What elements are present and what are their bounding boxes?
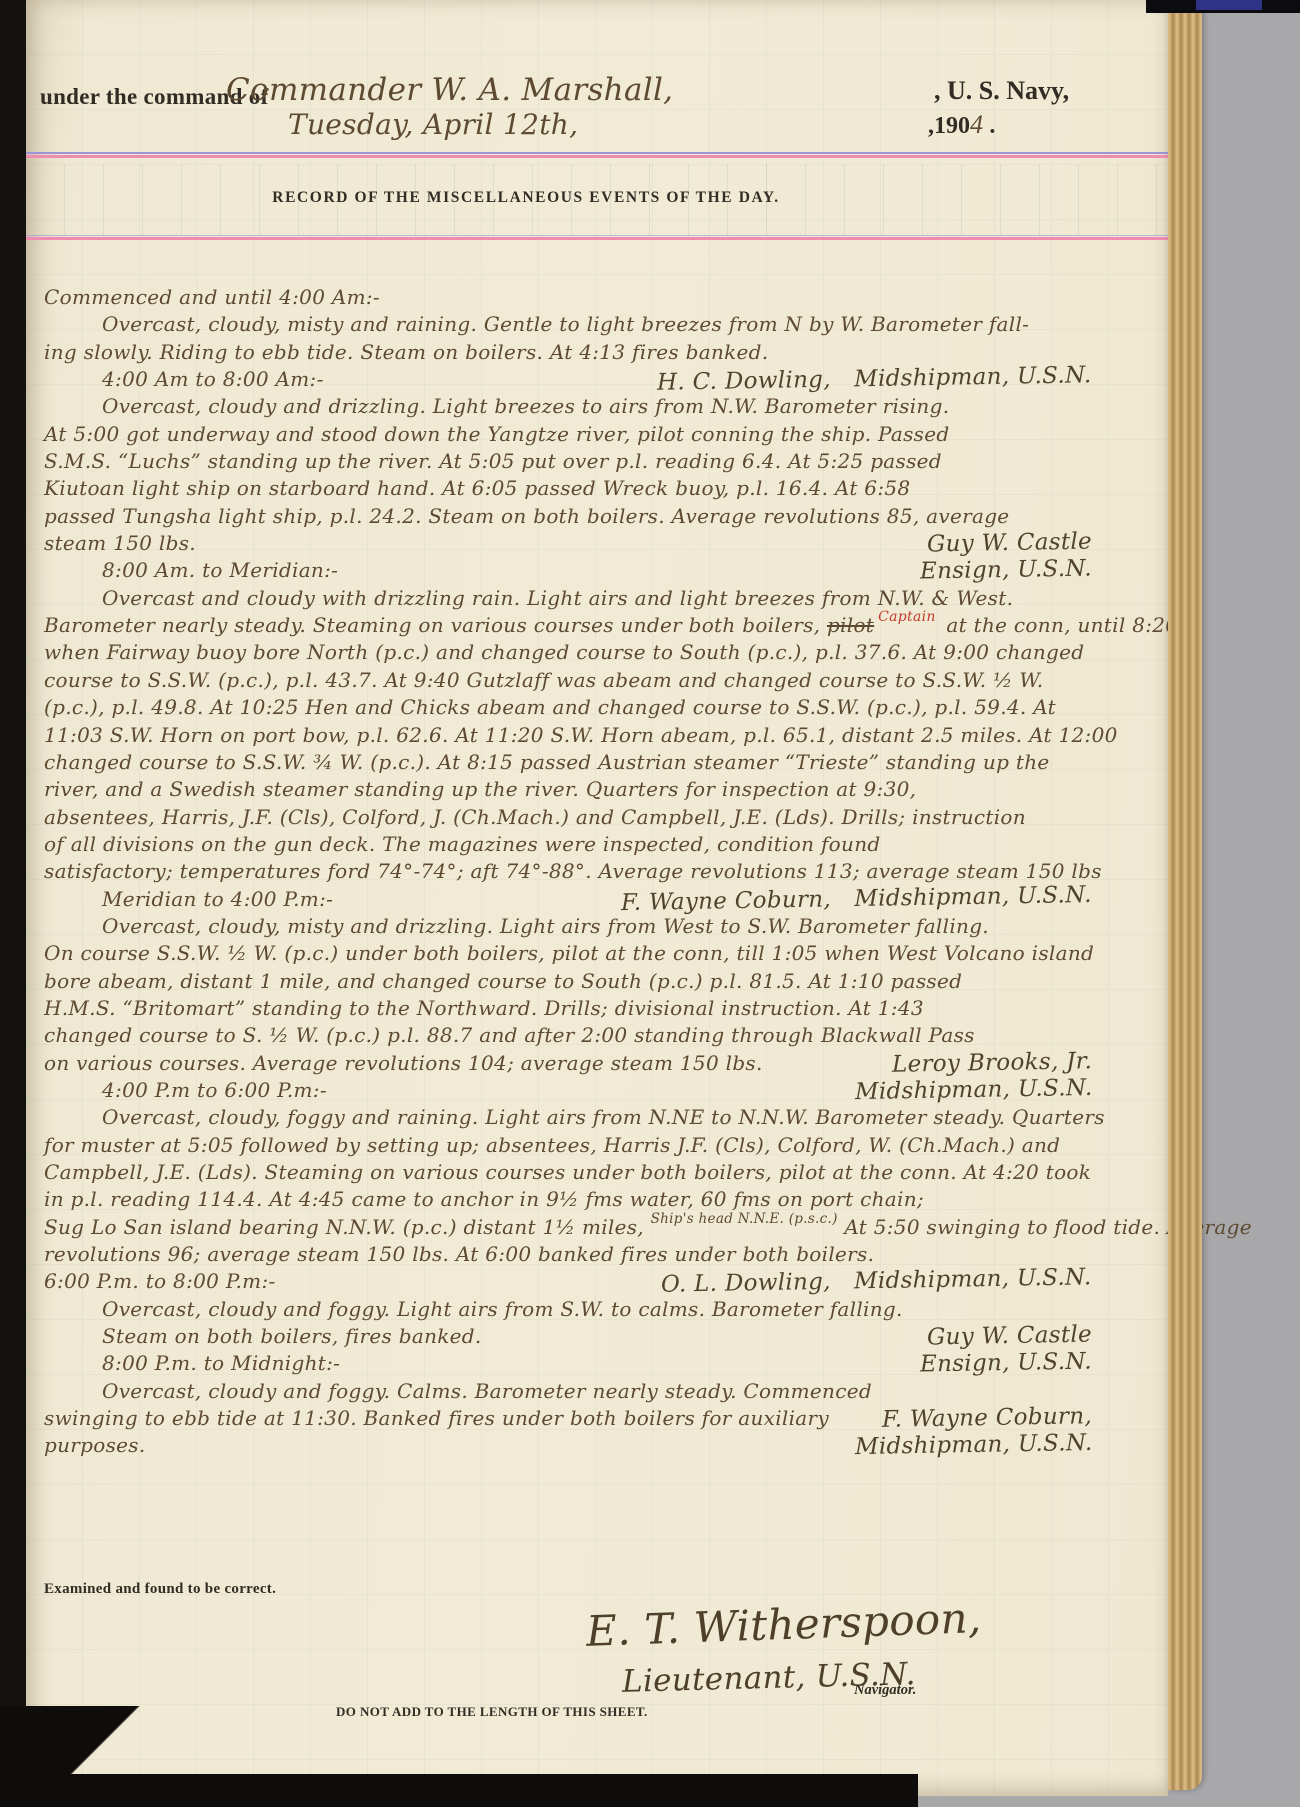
second-rule-lavender [26,235,1168,236]
log-line: Steam on both boilers, fires banked.Guy … [44,1323,1156,1350]
watch-signature: Midshipman, U.S.N. [854,1075,1092,1106]
log-line: absentees, Harris, J.F. (Cls), Colford, … [44,804,1156,831]
log-line: river, and a Swedish steamer standing up… [44,776,1156,803]
log-line: Overcast and cloudy with drizzling rain.… [44,585,1156,612]
watch-signature: Ensign, U.S.N. [920,556,1092,586]
log-line: Commenced and until 4:00 Am:- [44,284,1156,311]
log-line: At 5:00 got underway and stood down the … [44,421,1156,448]
log-line: 8:00 Am. to Meridian:-Ensign, U.S.N. [44,557,1156,584]
log-line: of all divisions on the gun deck. The ma… [44,831,1156,858]
watch-signature: Leroy Brooks, Jr. [892,1048,1093,1079]
photo-top-right-blue-strip [1196,0,1262,10]
log-line: Overcast, cloudy and foggy. Light airs f… [44,1296,1156,1323]
second-rule-pink [26,237,1168,240]
log-line: changed course to S. ½ W. (p.c.) p.l. 88… [44,1022,1156,1049]
watch-signature: F. Wayne Coburn, Midshipman, U.S.N. [621,881,1092,917]
log-line: Overcast, cloudy and foggy. Calms. Barom… [44,1378,1156,1405]
log-line: changed course to S.S.W. ¾ W. (p.c.). At… [44,749,1156,776]
log-line: steam 150 lbs.Guy W. Castle [44,530,1156,557]
photo-bottom-edge [0,1774,918,1807]
watch-signature: Ensign, U.S.N. [920,1349,1092,1379]
log-line: satisfactory; temperatures ford 74°-74°;… [44,858,1156,885]
log-line: passed Tungsha light ship, p.l. 24.2. St… [44,503,1156,530]
log-line: ing slowly. Riding to ebb tide. Steam on… [44,339,1156,366]
top-rule-pink [26,155,1168,158]
log-line: bore abeam, distant 1 mile, and changed … [44,968,1156,995]
log-line: S.M.S. “Luchs” standing up the river. At… [44,448,1156,475]
log-line: Overcast, cloudy, misty and drizzling. L… [44,913,1156,940]
log-line: Kiutoan light ship on starboard hand. At… [44,475,1156,502]
log-line: Overcast, cloudy, foggy and raining. Lig… [44,1104,1156,1131]
log-line: Overcast, cloudy, misty and raining. Gen… [44,311,1156,338]
do-not-add-warning: DO NOT ADD TO THE LENGTH OF THIS SHEET. [336,1704,648,1720]
log-line: on various courses. Average revolutions … [44,1050,1156,1077]
log-line: swinging to ebb tide at 11:30. Banked fi… [44,1405,1156,1432]
record-title: RECORD OF THE MISCELLANEOUS EVENTS OF TH… [206,189,846,207]
watch-signature: Guy W. Castle [927,1322,1092,1352]
page-stack-edge [1168,4,1202,1790]
log-line: Overcast, cloudy and drizzling. Light br… [44,393,1156,420]
watch-signature: Guy W. Castle [927,529,1092,559]
watch-signature: H. C. Dowling, Midshipman, U.S.N. [657,362,1092,397]
log-line: Meridian to 4:00 P.m:-F. Wayne Coburn, M… [44,886,1156,913]
log-line: for muster at 5:05 followed by setting u… [44,1132,1156,1159]
printed-year: ,1904 . [928,110,995,140]
navigator-label: Navigator. [854,1682,916,1699]
year-prefix: ,190 [928,113,970,139]
log-line: Barometer nearly steady. Steaming on var… [44,612,1156,639]
log-line: when Fairway buoy bore North (p.c.) and … [44,639,1156,666]
watch-signature: O. L. Dowling, Midshipman, U.S.N. [661,1265,1092,1300]
examined-note: Examined and found to be correct. [44,1581,276,1598]
log-line: course to S.S.W. (p.c.), p.l. 43.7. At 9… [44,667,1156,694]
log-line: in p.l. reading 114.4. At 4:45 came to a… [44,1186,1156,1213]
log-line: 4:00 Am to 8:00 Am:-H. C. Dowling, Midsh… [44,366,1156,393]
watch-signature: Midshipman, U.S.N. [854,1430,1092,1461]
date-script: Tuesday, April 12th, [288,108,578,141]
log-line: Campbell, J.E. (Lds). Steaming on variou… [44,1159,1156,1186]
log-line: 4:00 P.m to 6:00 P.m:-Midshipman, U.S.N. [44,1077,1156,1104]
log-line: revolutions 96; average steam 150 lbs. A… [44,1241,1156,1268]
log-line: 6:00 P.m. to 8:00 P.m:-O. L. Dowling, Mi… [44,1268,1156,1295]
log-line: 8:00 P.m. to Midnight:-Ensign, U.S.N. [44,1350,1156,1377]
printed-us-navy: , U. S. Navy, [934,76,1069,106]
log-line: (p.c.), p.l. 49.8. At 10:25 Hen and Chic… [44,694,1156,721]
photo-left-edge [0,0,26,1807]
log-line: On course S.S.W. ½ W. (p.c.) under both … [44,940,1156,967]
commander-name-script: Commander W. A. Marshall, [226,72,673,108]
log-body: Commenced and until 4:00 Am:-Overcast, c… [44,284,1156,1460]
log-line: Sug Lo San island bearing N.N.W. (p.c.) … [44,1214,1156,1241]
logbook-photo: under the command of Commander W. A. Mar… [0,0,1300,1807]
top-rule-lavender [26,152,1168,154]
year-digit-script: 4 [970,110,983,139]
log-line: H.M.S. “Britomart” standing to the North… [44,995,1156,1022]
log-line: purposes.Midshipman, U.S.N. [44,1432,1156,1459]
navigator-signature: E. T. Witherspoon, [585,1593,982,1656]
logbook-page: under the command of Commander W. A. Mar… [26,0,1168,1796]
year-period: . [983,113,995,139]
log-line: 11:03 S.W. Horn on port bow, p.l. 62.6. … [44,722,1156,749]
